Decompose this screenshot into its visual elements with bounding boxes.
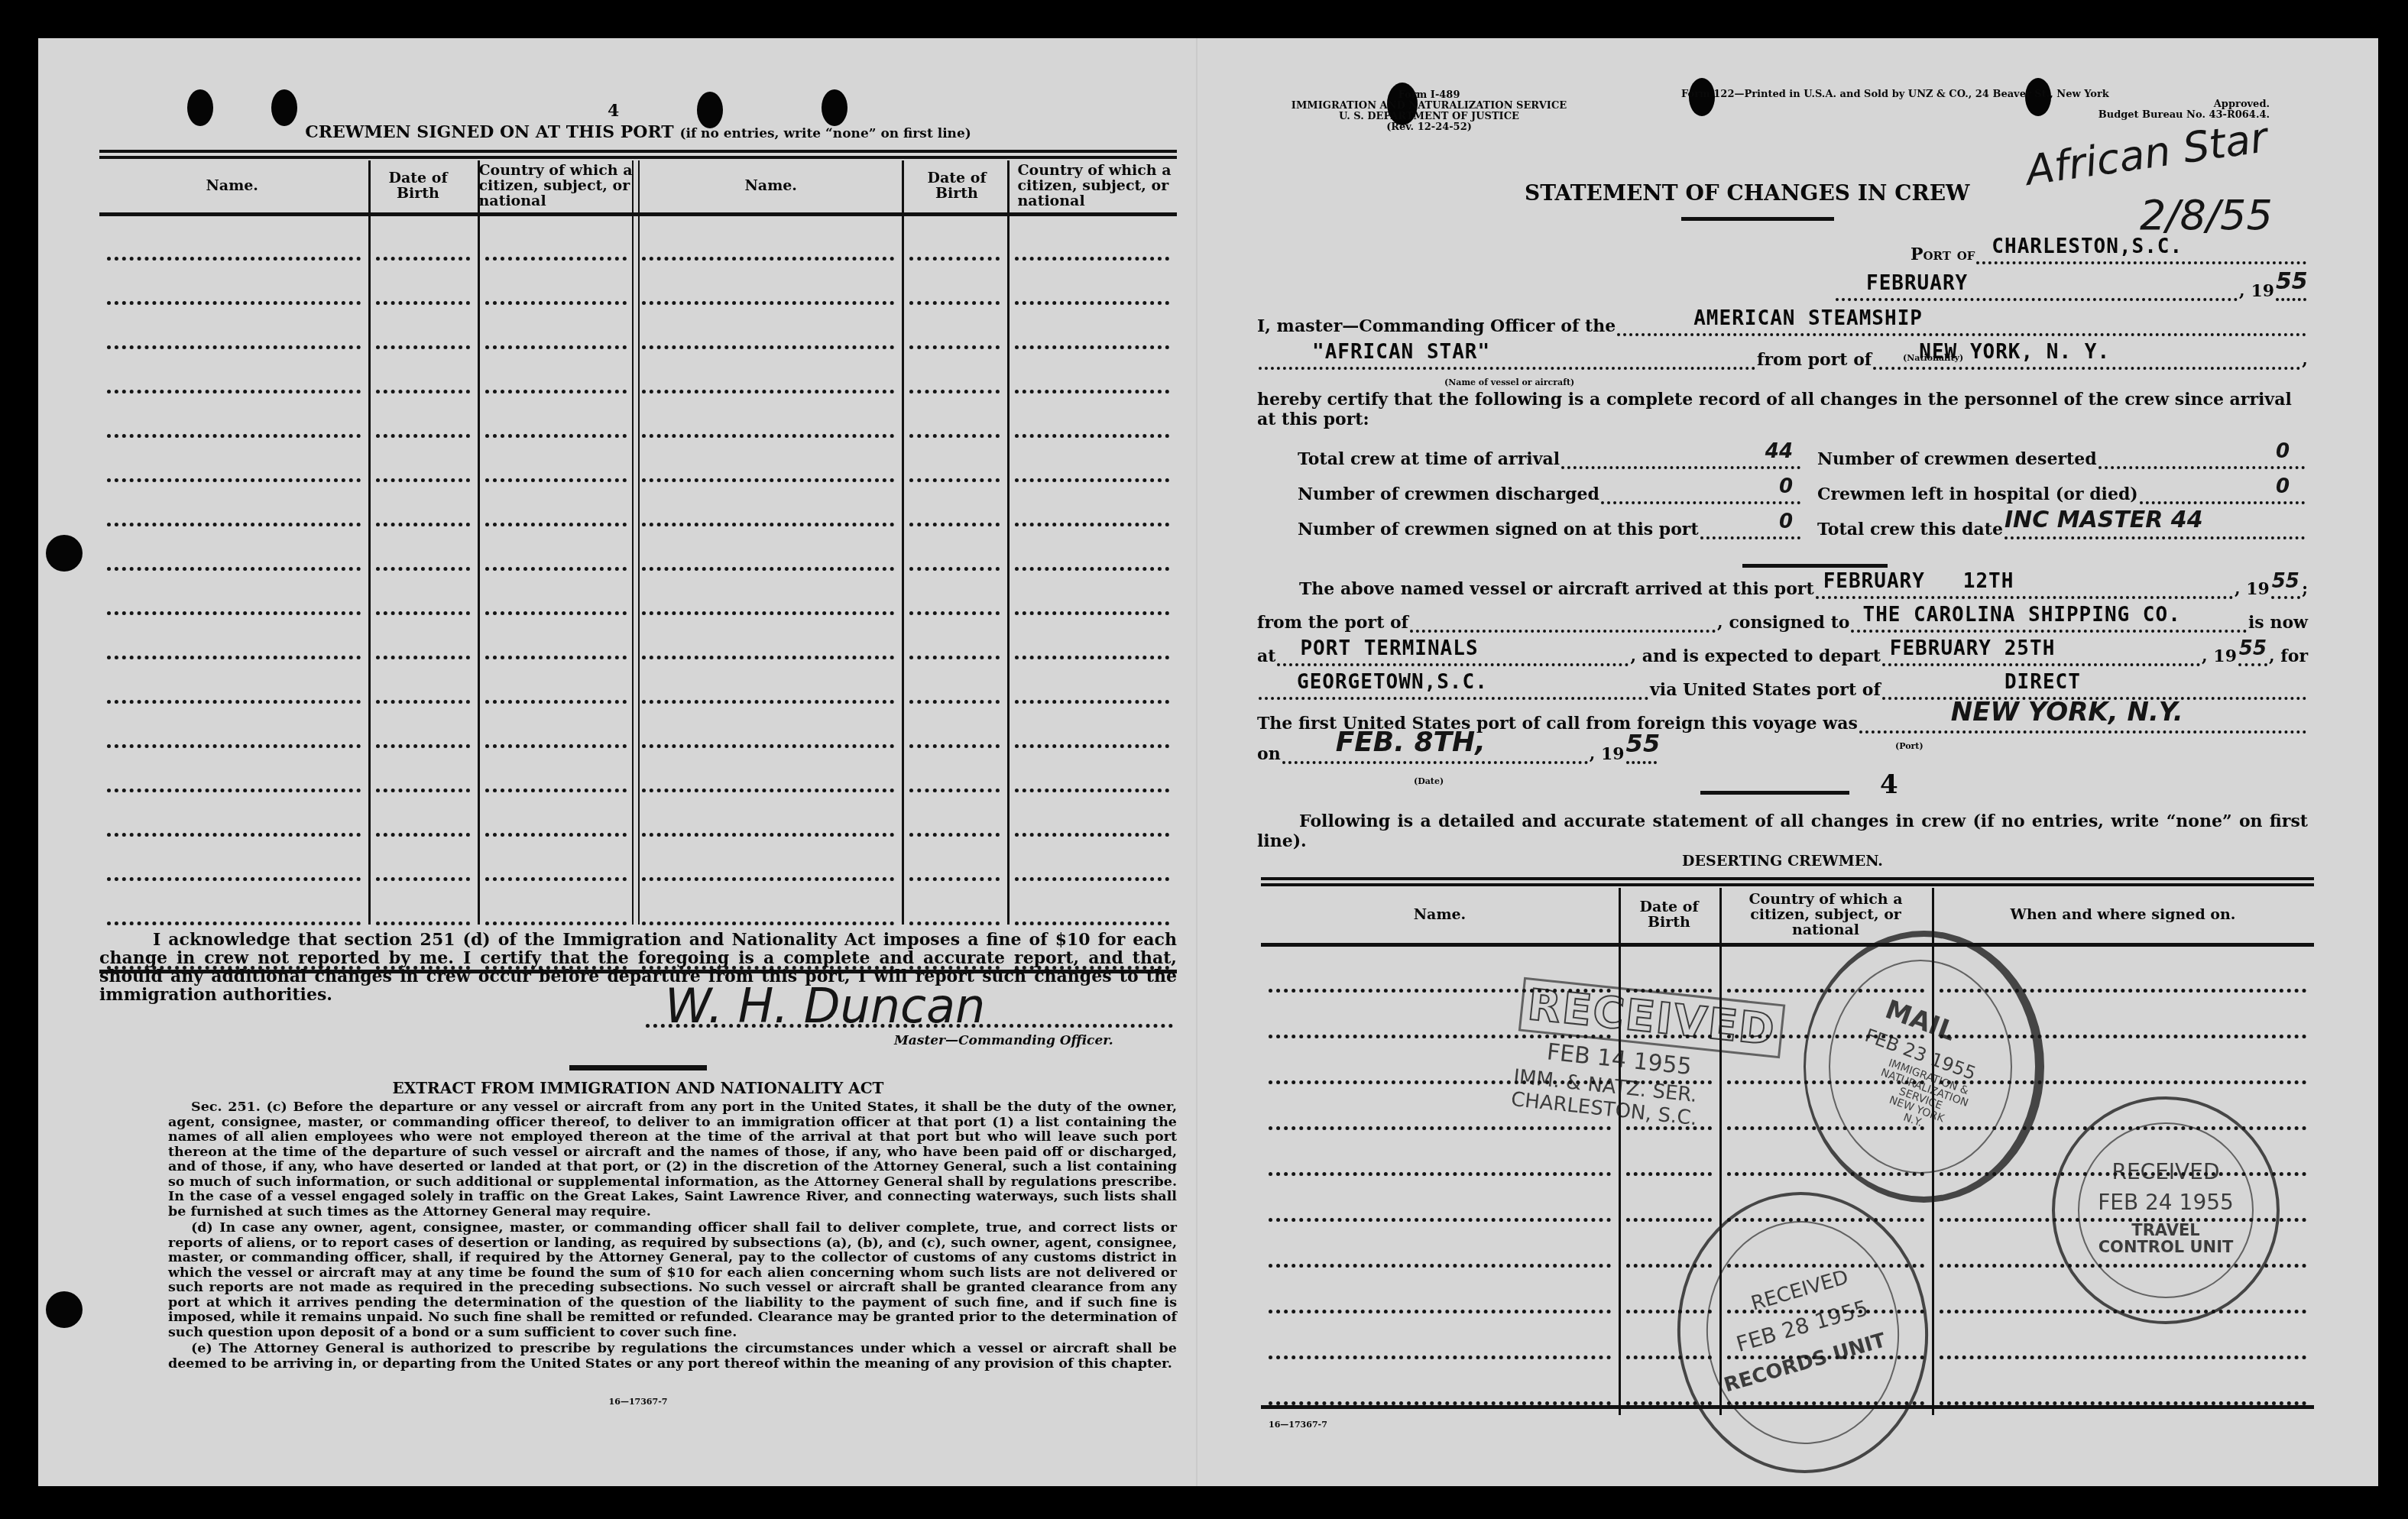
signature-caption: Master—Commanding Officer. bbox=[894, 1033, 1113, 1048]
table-cell[interactable] bbox=[1261, 1310, 1619, 1313]
table-cell[interactable] bbox=[634, 523, 902, 526]
table-cell[interactable] bbox=[902, 567, 1007, 571]
extract-section-d: (d) In case any owner, agent, consignee,… bbox=[168, 1221, 1177, 1340]
table-cell[interactable] bbox=[1261, 1218, 1619, 1222]
table-cell[interactable] bbox=[99, 789, 368, 792]
table-cell[interactable] bbox=[99, 611, 368, 615]
table-cell[interactable] bbox=[902, 700, 1007, 704]
table-cell[interactable] bbox=[478, 833, 634, 837]
table-cell[interactable] bbox=[902, 301, 1007, 305]
table-cell[interactable] bbox=[1007, 523, 1177, 526]
table-top-rule bbox=[99, 150, 1177, 159]
table-cell[interactable] bbox=[1007, 833, 1177, 837]
extract-body: Sec. 251. (c) Before the departure or an… bbox=[168, 1100, 1177, 1372]
crew-stats: Total crew at time of arrival 44 Number … bbox=[1298, 443, 2310, 539]
table-cell[interactable] bbox=[368, 611, 478, 615]
table-cell[interactable] bbox=[368, 700, 478, 704]
table-cell[interactable] bbox=[99, 301, 368, 305]
destination-field: GEORGETOWN,S.C. via United States port o… bbox=[1257, 674, 2308, 700]
certify-text: hereby certify that the following is a c… bbox=[1257, 390, 2308, 429]
table-cell[interactable] bbox=[368, 833, 478, 837]
table-cell[interactable] bbox=[99, 744, 368, 748]
extract-section-e: (e) The Attorney General is authorized t… bbox=[168, 1342, 1177, 1372]
punch-hole bbox=[822, 89, 847, 126]
signed-on-table: Name. Date of Birth Country of which a c… bbox=[99, 150, 1177, 973]
table-cell[interactable] bbox=[1007, 257, 1177, 261]
stats-divider bbox=[1742, 564, 1888, 568]
extract-title: EXTRACT FROM IMMIGRATION AND NATIONALITY… bbox=[99, 1079, 1177, 1097]
table-cell[interactable] bbox=[478, 523, 634, 526]
punch-hole bbox=[187, 89, 213, 126]
table-cell[interactable] bbox=[902, 877, 1007, 881]
table-cell[interactable] bbox=[1007, 345, 1177, 349]
table-cell[interactable] bbox=[634, 478, 902, 482]
table-cell[interactable] bbox=[634, 656, 902, 659]
table-cell[interactable] bbox=[634, 257, 902, 261]
table-cell[interactable] bbox=[634, 611, 902, 615]
table-cell[interactable] bbox=[1007, 390, 1177, 394]
table-cell[interactable] bbox=[478, 789, 634, 792]
table-cell[interactable] bbox=[902, 257, 1007, 261]
table-cell[interactable] bbox=[634, 434, 902, 438]
handwritten-vessel-note: African Star bbox=[2023, 113, 2270, 195]
table-cell[interactable] bbox=[368, 877, 478, 881]
voyage-details: The above named vessel or aircraft arriv… bbox=[1257, 573, 2308, 764]
table-cell[interactable] bbox=[478, 301, 634, 305]
hospital-field: Crewmen left in hospital (or died) 0 bbox=[1817, 478, 2306, 504]
table-cell[interactable] bbox=[368, 390, 478, 394]
table-cell[interactable] bbox=[478, 390, 634, 394]
table-cell[interactable] bbox=[478, 434, 634, 438]
table-cell[interactable] bbox=[368, 567, 478, 571]
table-cell[interactable] bbox=[1007, 700, 1177, 704]
table-cell[interactable] bbox=[634, 390, 902, 394]
table-cell[interactable] bbox=[99, 390, 368, 394]
table-cell[interactable] bbox=[99, 257, 368, 261]
table-cell[interactable] bbox=[634, 567, 902, 571]
table-cell[interactable] bbox=[99, 434, 368, 438]
port-field: Port of CHARLESTON,S.C. bbox=[1911, 238, 2308, 264]
table-cell[interactable] bbox=[1007, 921, 1177, 925]
table-cell[interactable] bbox=[902, 789, 1007, 792]
table-cell[interactable] bbox=[478, 257, 634, 261]
table-cell[interactable] bbox=[478, 744, 634, 748]
punch-hole bbox=[46, 1291, 83, 1328]
table-cell[interactable] bbox=[478, 656, 634, 659]
table-cell[interactable] bbox=[1007, 877, 1177, 881]
table-cell[interactable] bbox=[634, 301, 902, 305]
table-cell[interactable] bbox=[478, 921, 634, 925]
table-cell[interactable] bbox=[1007, 301, 1177, 305]
table-cell[interactable] bbox=[368, 478, 478, 482]
vessel-field: "AFRICAN STAR" from port of NEW YORK, N.… bbox=[1257, 344, 2308, 370]
table-cell[interactable] bbox=[634, 789, 902, 792]
table-cell[interactable] bbox=[902, 345, 1007, 349]
table-cell[interactable] bbox=[368, 744, 478, 748]
page-fold bbox=[1196, 38, 1198, 1486]
form-code: 16—17367-7 bbox=[99, 1397, 1177, 1407]
discharged-field: Number of crewmen discharged 0 bbox=[1298, 478, 1802, 504]
table-cell[interactable] bbox=[99, 877, 368, 881]
arrived-field: The above named vessel or aircraft arriv… bbox=[1257, 573, 2308, 599]
table-row[interactable] bbox=[1261, 947, 2314, 993]
form-code: 16—17367-7 bbox=[1269, 1420, 1327, 1430]
table-cell[interactable] bbox=[478, 877, 634, 881]
new-york-mail-stamp: MAIL FEB 23 1955 IMMIGRATION & NATURALIZ… bbox=[1804, 931, 2044, 1203]
table-cell[interactable] bbox=[902, 611, 1007, 615]
table-cell[interactable] bbox=[902, 744, 1007, 748]
following-text: Following is a detailed and accurate sta… bbox=[1257, 811, 2308, 851]
section-divider bbox=[1700, 791, 1849, 795]
table-cell[interactable] bbox=[902, 656, 1007, 659]
table-cell[interactable] bbox=[1007, 744, 1177, 748]
table-cell[interactable] bbox=[99, 567, 368, 571]
table-cell[interactable] bbox=[99, 656, 368, 659]
table-cell[interactable] bbox=[99, 700, 368, 704]
title-underline bbox=[1681, 217, 1834, 221]
table-cell[interactable] bbox=[634, 700, 902, 704]
signed-on-field: Number of crewmen signed on at this port… bbox=[1298, 513, 1802, 539]
deserted-field: Number of crewmen deserted 0 bbox=[1817, 443, 2306, 469]
acknowledgement-text: I acknowledge that section 251 (d) of th… bbox=[99, 931, 1177, 1004]
travel-control-stamp: RECEIVED FEB 24 1955 TRAVEL CONTROL UNIT bbox=[2052, 1096, 2280, 1324]
form-title: STATEMENT OF CHANGES IN CREW bbox=[1525, 180, 1970, 206]
table-cell[interactable] bbox=[99, 345, 368, 349]
column-divider bbox=[478, 160, 480, 925]
table-cell[interactable] bbox=[478, 345, 634, 349]
table-cell[interactable] bbox=[902, 478, 1007, 482]
table-cell[interactable] bbox=[368, 523, 478, 526]
divider-bar bbox=[569, 1065, 707, 1070]
date-field: FEBRUARY , 19 55 bbox=[1834, 275, 2308, 301]
nationality-field: I, master—Commanding Officer of the AMER… bbox=[1257, 310, 2308, 336]
date-caption: (Date) bbox=[1414, 776, 1444, 786]
master-signature: W. H. Duncan bbox=[665, 978, 985, 1034]
table-cell[interactable] bbox=[1007, 656, 1177, 659]
table-cell[interactable] bbox=[1007, 478, 1177, 482]
consignee-field: from the port of , consigned to THE CARO… bbox=[1257, 607, 2308, 633]
table-cell[interactable] bbox=[478, 478, 634, 482]
table-cell[interactable] bbox=[1007, 789, 1177, 792]
punch-hole bbox=[46, 535, 83, 572]
table-cell[interactable] bbox=[1261, 1401, 1619, 1405]
table-cell[interactable] bbox=[1261, 1264, 1619, 1268]
column-divider bbox=[632, 160, 640, 925]
table-cell[interactable] bbox=[99, 523, 368, 526]
table-cell[interactable] bbox=[634, 744, 902, 748]
table-cell[interactable] bbox=[634, 833, 902, 837]
table-cell[interactable] bbox=[634, 921, 902, 925]
column-divider bbox=[1007, 160, 1010, 925]
departure-field: at PORT TERMINALS , and is expected to d… bbox=[1257, 640, 2308, 666]
total-arrival-field: Total crew at time of arrival 44 bbox=[1298, 443, 1802, 469]
table-cell[interactable] bbox=[368, 434, 478, 438]
handwritten-date: 2/8/55 bbox=[2140, 191, 2273, 239]
table-cell[interactable] bbox=[902, 523, 1007, 526]
total-today-field: Total crew this date INC MASTER 44 bbox=[1817, 513, 2306, 539]
punch-hole bbox=[271, 89, 297, 126]
document-sheet: 4 CREWMEN SIGNED ON AT THIS PORT (if no … bbox=[38, 38, 2378, 1486]
table-cell[interactable] bbox=[368, 656, 478, 659]
port-caption: (Port) bbox=[1895, 741, 1923, 751]
table-cell[interactable] bbox=[368, 345, 478, 349]
table-cell[interactable] bbox=[99, 833, 368, 837]
table-cell[interactable] bbox=[1007, 567, 1177, 571]
vessel-caption: (Name of vessel or aircraft) bbox=[1444, 377, 1574, 387]
table-cell[interactable] bbox=[478, 567, 634, 571]
table-cell[interactable] bbox=[902, 390, 1007, 394]
table-cell[interactable] bbox=[1932, 1401, 2314, 1405]
table-cell[interactable] bbox=[634, 345, 902, 349]
table-cell[interactable] bbox=[99, 478, 368, 482]
table-cell[interactable] bbox=[902, 833, 1007, 837]
first-port-date-field: on FEB. 8TH, , 19 55 bbox=[1257, 738, 2308, 764]
table-cell[interactable] bbox=[1007, 434, 1177, 438]
table-cell[interactable] bbox=[1007, 611, 1177, 615]
table-cell[interactable] bbox=[902, 434, 1007, 438]
table-cell[interactable] bbox=[99, 921, 368, 925]
deserting-title: DESERTING CREWMEN. bbox=[1257, 853, 2308, 870]
table-cell[interactable] bbox=[1932, 1355, 2314, 1359]
table-cell[interactable] bbox=[368, 257, 478, 261]
page-number: 4 bbox=[1880, 769, 1898, 800]
column-divider bbox=[368, 160, 371, 925]
section-title: CREWMEN SIGNED ON AT THIS PORT (if no en… bbox=[99, 122, 1177, 142]
column-divider bbox=[902, 160, 904, 925]
table-cell[interactable] bbox=[478, 700, 634, 704]
extract-section-c: Sec. 251. (c) Before the departure or an… bbox=[168, 1100, 1177, 1219]
table-cell[interactable] bbox=[1261, 1355, 1619, 1359]
table-cell[interactable] bbox=[368, 921, 478, 925]
table-cell[interactable] bbox=[1619, 1218, 1719, 1222]
printer-line: Form 122—Printed in U.S.A. and Sold by U… bbox=[1681, 89, 2109, 100]
table-cell[interactable] bbox=[902, 921, 1007, 925]
table-top-rule bbox=[1261, 877, 2314, 886]
table-cell[interactable] bbox=[368, 301, 478, 305]
agency-block: Form I-489 IMMIGRATION AND NATURALIZATIO… bbox=[1238, 90, 1620, 133]
table-cell[interactable] bbox=[368, 789, 478, 792]
charleston-received-stamp: RECEIVED FEB 14 1955 IMM. & NATZ. SER. C… bbox=[1504, 977, 1843, 1201]
table-cell[interactable] bbox=[634, 877, 902, 881]
table-header: Name. Date of Birth Country of which a c… bbox=[1261, 886, 2314, 943]
page-number: 4 bbox=[608, 101, 619, 121]
table-cell[interactable] bbox=[478, 611, 634, 615]
